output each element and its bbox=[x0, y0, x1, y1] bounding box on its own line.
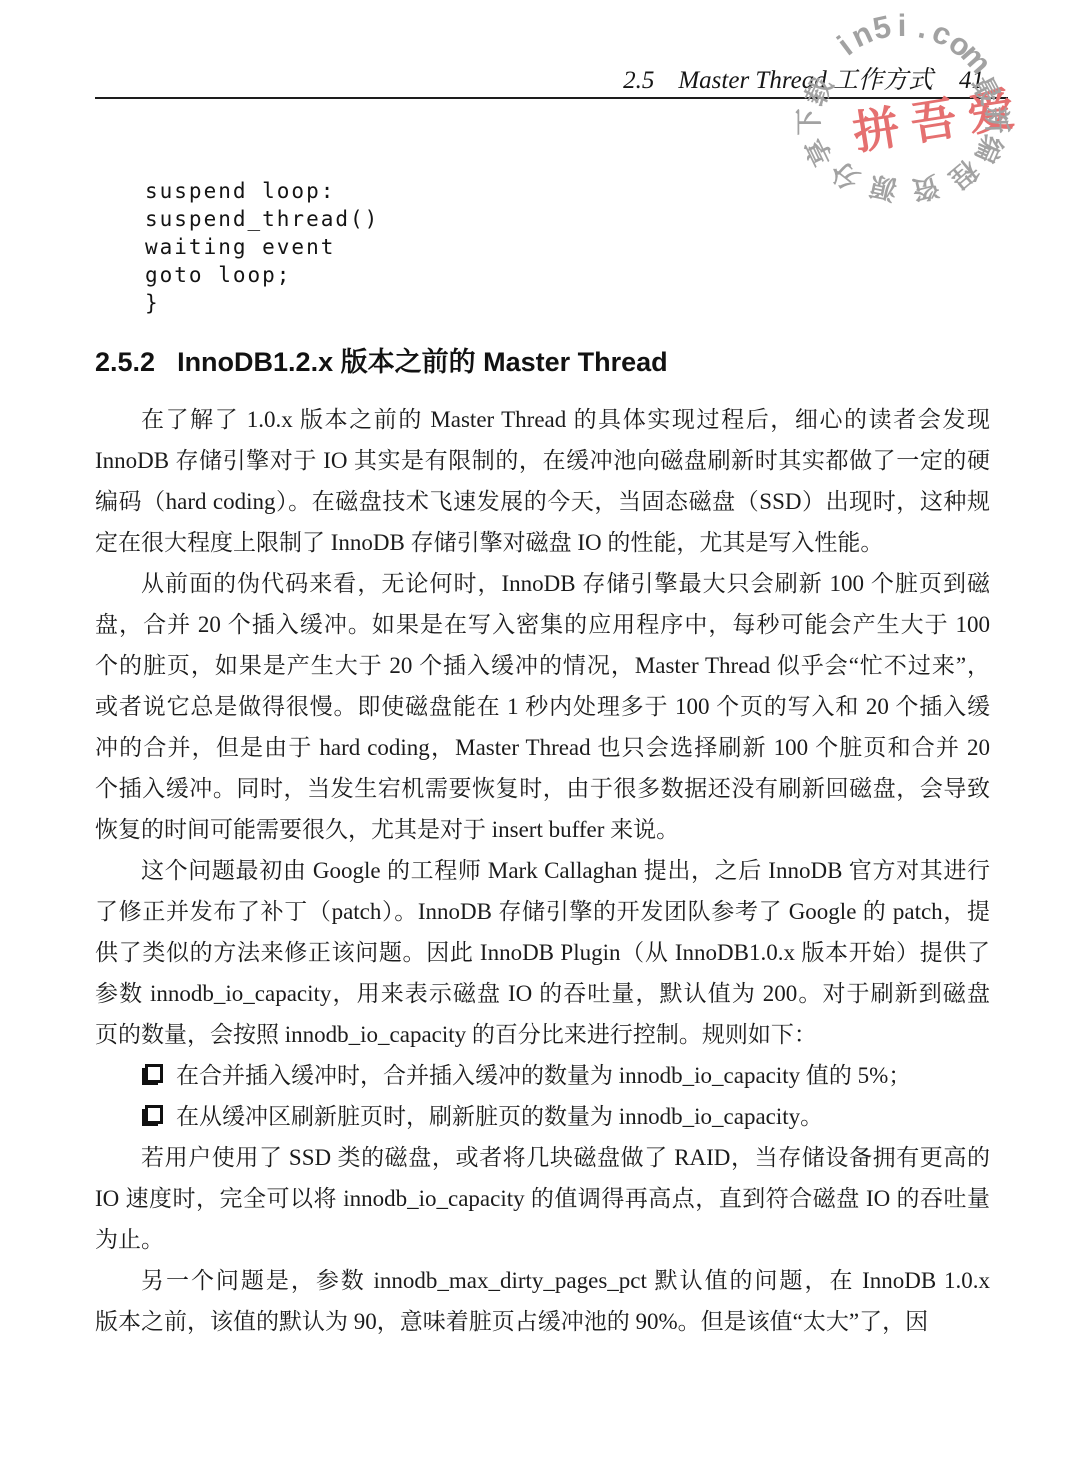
text-line: 这个问题最初由 Google 的工程师 Mark Callaghan 提出，之后… bbox=[95, 850, 990, 891]
code-line: suspend loop: bbox=[145, 177, 379, 205]
watermark-ring-char: 资 bbox=[908, 168, 944, 212]
watermark-ring-char: 分 bbox=[821, 153, 866, 200]
watermark-domain-char: . bbox=[915, 10, 931, 47]
bullet-square-icon bbox=[145, 1064, 163, 1083]
bullet-item: 在合并插入缓冲时，合并插入缓冲的数量为 innodb_io_capacity 值… bbox=[95, 1055, 990, 1096]
text-line: 参数 innodb_io_capacity，用来表示磁盘 IO 的吞吐量，默认值… bbox=[95, 973, 990, 1014]
running-head-section-title: Master Thread 工作方式 bbox=[678, 67, 933, 94]
text-line: 版本之前，该值的默认为 90，意味着脏页占缓冲池的 90%。但是该值“太大”了，… bbox=[95, 1301, 990, 1342]
bullet-text: 在合并插入缓冲时，合并插入缓冲的数量为 innodb_io_capacity 值… bbox=[176, 1063, 911, 1088]
watermark-domain-char: o bbox=[942, 25, 979, 65]
text-line: 冲的合并，但是由于 hard coding，Master Thread 也只会选… bbox=[95, 727, 990, 768]
text-line: 从前面的伪代码来看，无论何时，InnoDB 存储引擎最大只会刷新 100 个脏页… bbox=[95, 563, 990, 604]
watermark-ring-char: 新 bbox=[979, 105, 1019, 133]
code-block: suspend loop:suspend_thread()waiting eve… bbox=[145, 177, 379, 317]
text-line: 个的脏页，如果是产生大于 20 个插入缓冲的情况，Master Thread 似… bbox=[95, 645, 990, 686]
text-line: 在了解了 1.0.x 版本之前的 Master Thread 的具体实现过程后，… bbox=[95, 399, 990, 440]
text-line: 供了类似的方法来修正该问题。因此 InnoDB Plugin（从 InnoDB1… bbox=[95, 932, 990, 973]
text-line: IO 速度时，完全可以将 innodb_io_capacity 的值调得再高点，… bbox=[95, 1178, 990, 1219]
watermark-ring-char: 源 bbox=[866, 169, 901, 213]
watermark-domain-char: n bbox=[846, 15, 878, 56]
code-line: waiting event bbox=[145, 233, 379, 261]
bullet-text: 在从缓冲区刷新脏页时，刷新脏页的数量为 innodb_io_capacity。 bbox=[176, 1104, 823, 1129]
text-line: 个插入缓冲。同时，当发生宕机需要恢复时，由于很多数据还没有刷新回磁盘，会导致 bbox=[95, 768, 990, 809]
text-line: 盘，合并 20 个插入缓冲。如果是在写入密集的应用程序中，每秒可能会产生大于 1… bbox=[95, 604, 990, 645]
section-heading-number: 2.5.2 bbox=[95, 347, 155, 377]
text-line: 为止。 bbox=[95, 1219, 990, 1260]
watermark-domain-char: i bbox=[898, 8, 907, 44]
text-line: 恢复的时间可能需要很久，尤其是对于 insert buffer 来说。 bbox=[95, 809, 990, 850]
code-line: suspend_thread() bbox=[145, 205, 379, 233]
code-line: } bbox=[145, 289, 379, 317]
bullet-square-icon bbox=[145, 1105, 163, 1124]
text-line: 若用户使用了 SSD 类的磁盘，或者将几块磁盘做了 RAID，当存储设备拥有更高… bbox=[95, 1137, 990, 1178]
book-page: 2.5Master Thread 工作方式41 拼吾爱 in5i.com最新编程… bbox=[0, 0, 1080, 1478]
text-line: 或者说它总是做得很慢。即使磁盘能在 1 秒内处理多于 100 个页的写入和 20… bbox=[95, 686, 990, 727]
text-line: 编码（hard coding）。在磁盘技术飞速发展的今天，当固态磁盘（SSD）出… bbox=[95, 481, 990, 522]
page-number: 41 bbox=[959, 67, 984, 94]
watermark-ring-char: 程 bbox=[942, 152, 988, 199]
watermark-domain-char: i bbox=[830, 29, 859, 63]
bullet-item: 在从缓冲区刷新脏页时，刷新脏页的数量为 innodb_io_capacity。 bbox=[95, 1096, 990, 1137]
watermark-ring-char: 编 bbox=[967, 130, 1014, 171]
watermark-ring-char: 享 bbox=[793, 132, 840, 173]
header-rule bbox=[95, 97, 1008, 99]
code-line: goto loop; bbox=[145, 261, 379, 289]
section-heading-title: InnoDB1.2.x 版本之前的 Master Thread bbox=[177, 347, 668, 377]
text-line: 了修正并发布了补丁（patch）。InnoDB 存储引擎的开发团队参考了 Goo… bbox=[95, 891, 990, 932]
body-text: 在了解了 1.0.x 版本之前的 Master Thread 的具体实现过程后，… bbox=[95, 399, 990, 1342]
running-head-section-number: 2.5 bbox=[623, 67, 654, 94]
text-line: InnoDB 存储引擎对于 IO 其实是有限制的，在缓冲池向磁盘刷新时其实都做了… bbox=[95, 440, 990, 481]
watermark-domain-char: c bbox=[927, 14, 957, 54]
section-heading: 2.5.2InnoDB1.2.x 版本之前的 Master Thread bbox=[95, 340, 668, 379]
watermark-domain-char: 5 bbox=[869, 9, 894, 48]
text-line: 定在很大程度上限制了 InnoDB 存储引擎对磁盘 IO 的性能，尤其是写入性能… bbox=[95, 522, 990, 563]
running-head: 2.5Master Thread 工作方式41 bbox=[623, 60, 984, 96]
text-line: 另一个问题是，参数 innodb_max_dirty_pages_pct 默认值… bbox=[95, 1260, 990, 1301]
watermark-ring-char: 下 bbox=[788, 109, 827, 136]
text-line: 页的数量，会按照 innodb_io_capacity 的百分比来进行控制。规则… bbox=[95, 1014, 990, 1055]
